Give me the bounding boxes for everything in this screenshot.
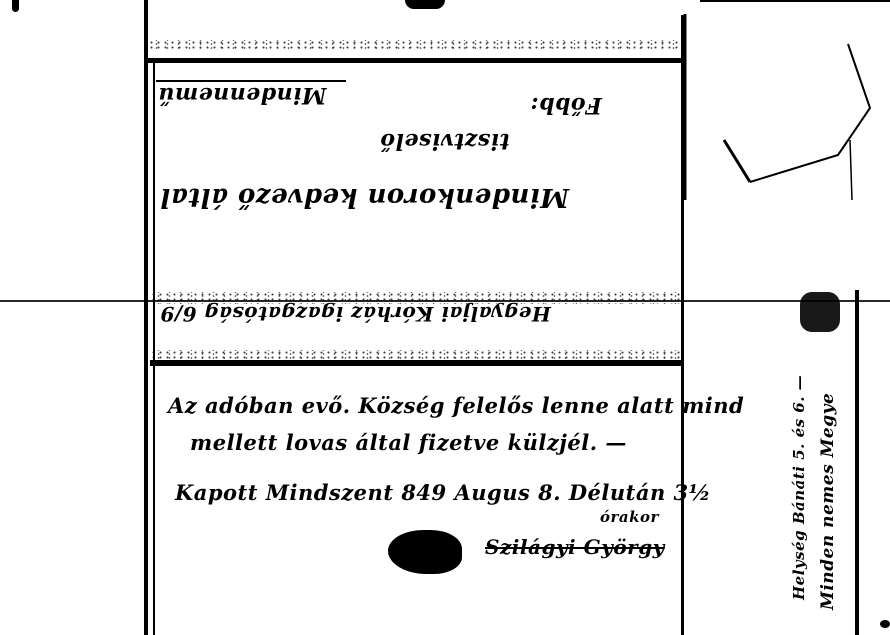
sheet-left-edge (144, 0, 148, 635)
upper-text-5: Hegyaljai Kórház igazgatóság 6/9 (160, 302, 551, 326)
main-text-line-2: mellett lovas által fizetve külzjél. — (190, 430, 627, 455)
upper-text-3: tisztviselő (380, 128, 510, 154)
main-text-line-3: Kapott Mindszent 849 Augus 8. Délután 3½ (175, 480, 711, 505)
signature: Szilágyi György (485, 535, 665, 559)
upper-underline (156, 80, 346, 82)
fold-line-top (148, 58, 682, 63)
side-strip-edge (855, 290, 859, 635)
side-strip-text-2: Helység Bánáti 5. és 6. — (790, 375, 808, 600)
fold-line-lower (150, 360, 682, 366)
wax-seal (388, 530, 462, 574)
ink-mark (12, 0, 19, 12)
upper-text-2: Főbb: (530, 92, 602, 118)
fold-texture-top (148, 40, 682, 50)
main-text-time-suffix: órakor (600, 508, 659, 526)
side-strip-smudge (800, 292, 840, 332)
fold-texture-lower (150, 350, 682, 360)
folded-flap-outline (680, 0, 890, 200)
side-strip-text-1: Minden nemes Megye (818, 393, 838, 610)
upper-text-4: Mindenkoron kedvező által (160, 182, 569, 212)
panel-inner-left (153, 60, 155, 635)
upper-text-1: Mindennemű (158, 82, 326, 108)
seal-remnant-top (405, 0, 445, 9)
ink-dot (880, 620, 890, 628)
main-text-line-1: Az adóban evő. Község felelős lenne alat… (168, 393, 744, 418)
